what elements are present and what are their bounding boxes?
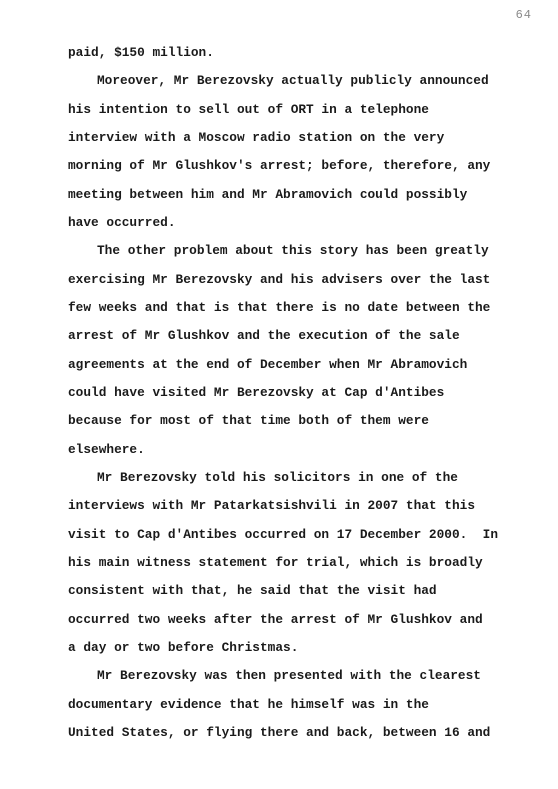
text-line: consistent with that, he said that the v… — [68, 577, 530, 605]
text-line: exercising Mr Berezovsky and his adviser… — [68, 266, 530, 294]
text-line: arrest of Mr Glushkov and the execution … — [68, 322, 530, 350]
text-line: agreements at the end of December when M… — [68, 351, 530, 379]
text-line: his main witness statement for trial, wh… — [68, 549, 530, 577]
text-line: Mr Berezovsky told his solicitors in one… — [68, 464, 530, 492]
text-line: documentary evidence that he himself was… — [68, 691, 530, 719]
text-line: visit to Cap d'Antibes occurred on 17 De… — [68, 521, 530, 549]
text-line: occurred two weeks after the arrest of M… — [68, 606, 530, 634]
text-line: his intention to sell out of ORT in a te… — [68, 96, 530, 124]
document-body: paid, $150 million.Moreover, Mr Berezovs… — [68, 39, 530, 747]
text-line: could have visited Mr Berezovsky at Cap … — [68, 379, 530, 407]
text-line: because for most of that time both of th… — [68, 407, 530, 435]
text-line: Moreover, Mr Berezovsky actually publicl… — [68, 67, 530, 95]
text-line: elsewhere. — [68, 436, 530, 464]
text-line: Mr Berezovsky was then presented with th… — [68, 662, 530, 690]
text-line: morning of Mr Glushkov's arrest; before,… — [68, 152, 530, 180]
text-line: interview with a Moscow radio station on… — [68, 124, 530, 152]
document-page: 64 paid, $150 million.Moreover, Mr Berez… — [0, 0, 558, 789]
text-line: interviews with Mr Patarkatsishvili in 2… — [68, 492, 530, 520]
page-number: 64 — [516, 8, 532, 22]
text-line: meeting between him and Mr Abramovich co… — [68, 181, 530, 209]
text-line: few weeks and that is that there is no d… — [68, 294, 530, 322]
text-line: United States, or flying there and back,… — [68, 719, 530, 747]
text-line: have occurred. — [68, 209, 530, 237]
text-line: The other problem about this story has b… — [68, 237, 530, 265]
text-line: paid, $150 million. — [68, 39, 530, 67]
text-line: a day or two before Christmas. — [68, 634, 530, 662]
